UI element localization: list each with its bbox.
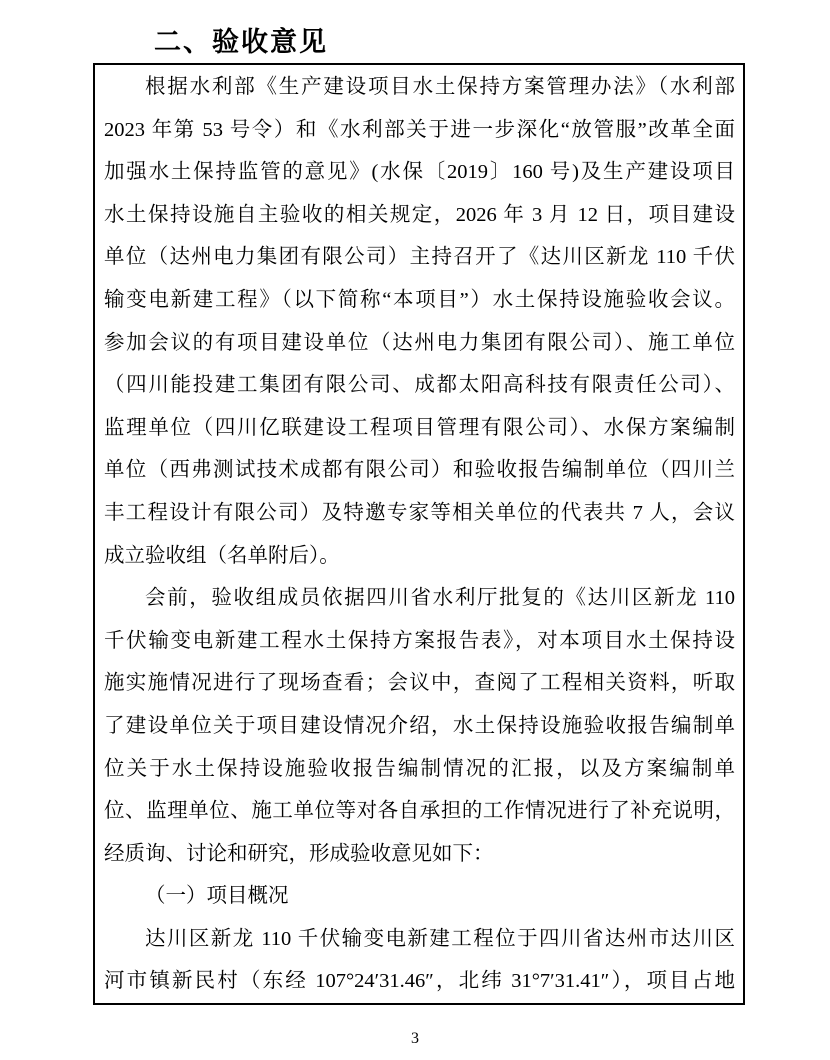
text-line: 河市镇新民村（东经 107°24′31.46″，北纬 31°7′31.41″），… xyxy=(104,960,735,1003)
text-line: 会前，验收组成员依据四川省水利厅批复的《达川区新龙 110 xyxy=(104,577,735,620)
text-line: 施实施情况进行了现场查看；会议中，查阅了工程相关资料，听取 xyxy=(104,662,735,705)
text-line: 水土保持设施自主验收的相关规定，2026 年 3 月 12 日，项目建设 xyxy=(104,194,735,237)
text-line: 单位（达州电力集团有限公司）主持召开了《达川区新龙 110 千伏 xyxy=(104,236,735,279)
document-page: { "header": { "title": "二、验收意见" }, "cont… xyxy=(0,0,830,1060)
text-line: 经质询、讨论和研究，形成验收意见如下： xyxy=(104,833,735,876)
text-line: 位、监理单位、施工单位等对各自承担的工作情况进行了补充说明， xyxy=(104,790,735,833)
text-line: 丰工程设计有限公司）及特邀专家等相关单位的代表共 7 人，会议 xyxy=(104,492,735,535)
text-line: 位关于水土保持设施验收报告编制情况的汇报，以及方案编制单 xyxy=(104,748,735,791)
text-line: 输变电新建工程》（以下简称“本项目”）水土保持设施验收会议。 xyxy=(104,279,735,322)
text-lines: 根据水利部《生产建设项目水土保持方案管理办法》（水利部2023 年第 53 号令… xyxy=(104,66,735,1003)
page-number: 3 xyxy=(0,1030,830,1048)
text-line: 根据水利部《生产建设项目水土保持方案管理办法》（水利部 xyxy=(104,66,735,109)
text-line: 单位（西弗测试技术成都有限公司）和验收报告编制单位（四川兰 xyxy=(104,449,735,492)
text-line: 千伏输变电新建工程水土保持方案报告表》，对本项目水土保持设 xyxy=(104,620,735,663)
section-title: 二、验收意见 xyxy=(154,20,328,59)
text-line: 2023 年第 53 号令）和《水利部关于进一步深化“放管服”改革全面 xyxy=(104,109,735,152)
text-line: 参加会议的有项目建设单位（达州电力集团有限公司）、施工单位 xyxy=(104,322,735,365)
text-line: 了建设单位关于项目建设情况介绍，水土保持设施验收报告编制单 xyxy=(104,705,735,748)
text-line: 成立验收组（名单附后）。 xyxy=(104,535,735,578)
content-border-box: 根据水利部《生产建设项目水土保持方案管理办法》（水利部2023 年第 53 号令… xyxy=(93,63,745,1005)
text-line: （四川能投建工集团有限公司、成都太阳高科技有限责任公司）、 xyxy=(104,364,735,407)
text-line: 加强水土保持监管的意见》(水保〔2019〕160 号)及生产建设项目 xyxy=(104,151,735,194)
text-line: 监理单位（四川亿联建设工程项目管理有限公司）、水保方案编制 xyxy=(104,407,735,450)
text-line: 达川区新龙 110 千伏输变电新建工程位于四川省达州市达川区 xyxy=(104,918,735,961)
text-line: （一）项目概况 xyxy=(104,875,735,918)
